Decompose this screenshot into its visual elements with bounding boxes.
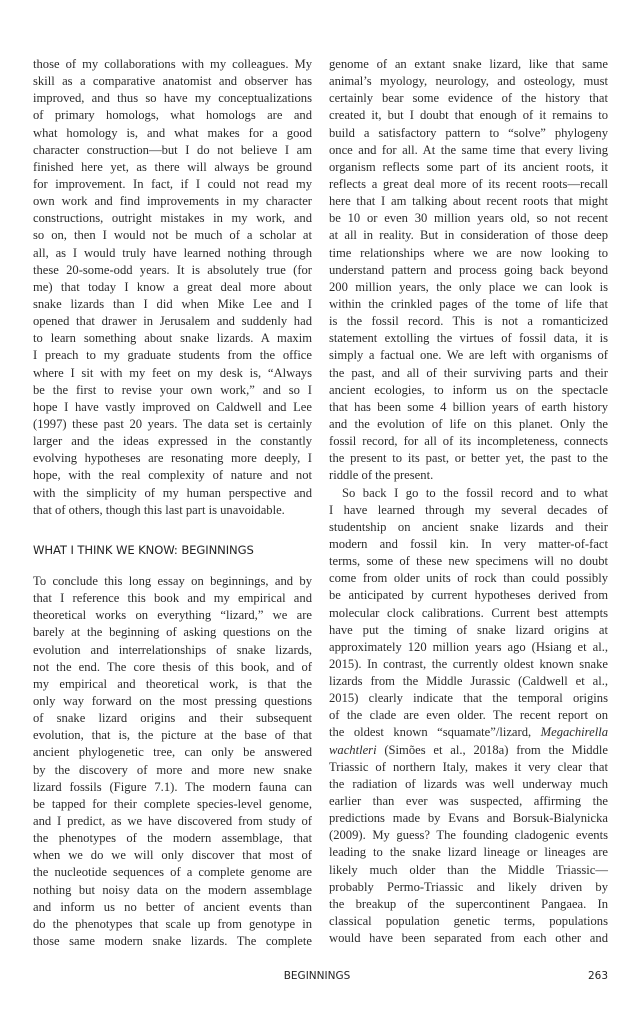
text-line: of the clade are even older. The recent … <box>329 707 608 724</box>
text-line: So back I go to the fossil record and to… <box>329 485 608 502</box>
right-column-paragraph-2: So back I go to the fossil record and to… <box>329 485 608 948</box>
right-column-paragraph-1: genome of an extant snake lizard, like t… <box>329 56 608 485</box>
text-line: so on, then I would not be much of a sch… <box>33 227 312 244</box>
text-line: here that I am talking about recent root… <box>329 193 608 210</box>
text-line: where I sit with my feet on my desk is, … <box>33 365 312 382</box>
text-line: 2015) clearly indicate that the temporal… <box>329 690 608 707</box>
text-line: opened that drawer in Jerusalem and sudd… <box>33 313 312 330</box>
text-line: simply a factual one. We are left with o… <box>329 347 608 364</box>
text-line: improved, and thus so have my conceptual… <box>33 90 312 107</box>
text-line: fossil record, for all of its incomplete… <box>329 433 608 450</box>
text-line: me) that today I know a great deal more … <box>33 279 312 296</box>
text-line: modern and fossil kin. In very matter-of… <box>329 536 608 553</box>
text-line: classical population genetic terms, popu… <box>329 913 608 930</box>
text-line: time relationships where we are now look… <box>329 245 608 262</box>
text-line: be the first to revise your own work,” a… <box>33 382 312 399</box>
text-line: of snake lizard origins and their subseq… <box>33 710 312 727</box>
text-line: of primary homologs, what homologs are a… <box>33 107 312 124</box>
text-line: be 10 or even 30 million years old, so n… <box>329 210 608 227</box>
text-line: genome of an extant snake lizard, like t… <box>329 56 608 73</box>
text-line: that of others, though this last part is… <box>33 502 312 519</box>
text-line: finished here yet, as there will always … <box>33 159 312 176</box>
text-line: predictions made by Evans and Borsuk-Bia… <box>329 810 608 827</box>
text-line: organism reflects some part of its ancie… <box>329 159 608 176</box>
text-line: would have been separated from each othe… <box>329 930 608 947</box>
text-line: lizard fossils (Figure 7.1). The modern … <box>33 779 312 796</box>
text-line: (2009). My guess? The founding cladogeni… <box>329 827 608 844</box>
text-line: leading to the snake lizard lineage or l… <box>329 844 608 861</box>
text-line: I preach to my graduate students from th… <box>33 347 312 364</box>
text-line: snake lizards than I did when Mike Lee a… <box>33 296 312 313</box>
text-line: terms, some of these new specimens will … <box>329 553 608 570</box>
text-line: by the discovery of more and more new sn… <box>33 762 312 779</box>
text-line: ancient phylogenetic tree, can only be a… <box>33 744 312 761</box>
text-line: within the crinkled pages of the tome of… <box>329 296 608 313</box>
text-line: for improvement. In fact, if I could not… <box>33 176 312 193</box>
left-column-paragraph-1: those of my collaborations with my colle… <box>33 56 312 519</box>
text-line: hope I have vastly improved on Caldwell … <box>33 399 312 416</box>
text-line: earlier than ever was suspected, affirmi… <box>329 793 608 810</box>
text-line: created it, but I doubt that enough of i… <box>329 107 608 124</box>
text-line: constructions, outright mistakes in my w… <box>33 210 312 227</box>
text-line: evolution and interrelationships of snak… <box>33 642 312 659</box>
text-line: nothing but noisy data on the modern ass… <box>33 882 312 899</box>
text-line: be anticipated by current hypotheses der… <box>329 587 608 604</box>
text-line: theoretical works on everything “lizard,… <box>33 607 312 624</box>
text-line: that has been some 4 billion years of ea… <box>329 399 608 416</box>
text-line: build a satisfactory pattern to “solve” … <box>329 125 608 142</box>
text-line: likely much older than the Middle Triass… <box>329 862 608 879</box>
text-line: molecular clock calibrations. Current be… <box>329 605 608 622</box>
text-line: and inform us no better of ancient event… <box>33 899 312 916</box>
text-line: only way forward on the most pressing qu… <box>33 693 312 710</box>
text-line: (1997) these past 20 years. The data set… <box>33 416 312 433</box>
text-line: have put the timing of snake lizard orig… <box>329 622 608 639</box>
text-line: skill as a comparative anatomist and obs… <box>33 73 312 90</box>
text-line: To conclude this long essay on beginning… <box>33 573 312 590</box>
text-line: those of my collaborations with my colle… <box>33 56 312 73</box>
text-line: what homology is, and what makes for a g… <box>33 125 312 142</box>
text-line: do the phenotypes that scale up from gen… <box>33 916 312 933</box>
text-line: I have learned through my several decade… <box>329 502 608 519</box>
text-line: reflects a great deal more of its recent… <box>329 176 608 193</box>
text-line: larger and the ideas expressed in the co… <box>33 433 312 450</box>
text-line: at all in reality. But in consideration … <box>329 227 608 244</box>
text-line: evolving hypotheses are resonating more … <box>33 450 312 467</box>
text-line: my empirical and theoretical work, is th… <box>33 676 312 693</box>
text-line: probably Permo-Triassic and likely drive… <box>329 879 608 896</box>
text-line: barely at the beginning of asking questi… <box>33 624 312 641</box>
text-line: the present to its past, or better yet, … <box>329 450 608 467</box>
text-line: once and for all. At the same time that … <box>329 142 608 159</box>
left-column-paragraph-2: To conclude this long essay on beginning… <box>33 573 312 950</box>
text-line: the radiation of lizards was well underw… <box>329 776 608 793</box>
text-line: riddle of the present. <box>329 467 608 484</box>
text-line: wachtleri (Simões et al., 2018a) from th… <box>329 742 608 759</box>
text-line: these 20-some-odd years. It is absolutel… <box>33 262 312 279</box>
text-line: 2015). In contrast, the currently oldest… <box>329 656 608 673</box>
text-line: studentship on ancient snake lizards and… <box>329 519 608 536</box>
text-line: not the end. The core thesis of this boo… <box>33 659 312 676</box>
text-line: evolution, that is, the picture at the b… <box>33 727 312 744</box>
text-line: be tapped for their complete species-lev… <box>33 796 312 813</box>
right-column: genome of an extant snake lizard, like t… <box>329 56 608 947</box>
running-footer: BEGINNINGS <box>0 970 634 982</box>
text-line: is the fossil record. This is not a roma… <box>329 313 608 330</box>
text-line: the nucleotide sequences of a complete g… <box>33 864 312 881</box>
text-line: that I reference this book and my empiri… <box>33 590 312 607</box>
text-line: ancient ecologies, to inform us on the s… <box>329 382 608 399</box>
text-line: animal’s myology, neurology, and osteolo… <box>329 73 608 90</box>
text-line: Triassic of northern Italy, makes it ver… <box>329 759 608 776</box>
text-line: the phenotypes of the modern assemblage,… <box>33 830 312 847</box>
text-line: and I predict, as we have discovered fro… <box>33 813 312 830</box>
text-line: those same modern snake lizards. The com… <box>33 933 312 950</box>
section-heading: WHAT I THINK WE KNOW: BEGINNINGS <box>33 543 312 557</box>
text-line: character construction—but I do not beli… <box>33 142 312 159</box>
text-line: with the simplicity of my human perspect… <box>33 485 312 502</box>
page-number: 263 <box>560 970 608 982</box>
text-line: and the evolution of life on this planet… <box>329 416 608 433</box>
text-line: to learn something about snake lizards. … <box>33 330 312 347</box>
text-line: hope, with the real complexity of nature… <box>33 467 312 484</box>
text-line: all, as I would truly have learned nothi… <box>33 245 312 262</box>
text-line: the oldest known “squamate”/lizard, Mega… <box>329 724 608 741</box>
text-line: come from older units of rock than could… <box>329 570 608 587</box>
text-line: understand pattern and process going bac… <box>329 262 608 279</box>
text-line: the breakup of the supercontinent Pangae… <box>329 896 608 913</box>
text-line: certainly bear some evidence of the hist… <box>329 90 608 107</box>
text-line: approximately 120 million years ago (Hsi… <box>329 639 608 656</box>
text-line: statement extolling the virtues of fossi… <box>329 330 608 347</box>
text-line: the past, and all of their surviving par… <box>329 365 608 382</box>
text-line: lizards from the Middle Jurassic (Caldwe… <box>329 673 608 690</box>
text-line: 200 million years, the only place we can… <box>329 279 608 296</box>
text-line: when we do we will only discover that mo… <box>33 847 312 864</box>
text-line: own work and find improvements in my cha… <box>33 193 312 210</box>
